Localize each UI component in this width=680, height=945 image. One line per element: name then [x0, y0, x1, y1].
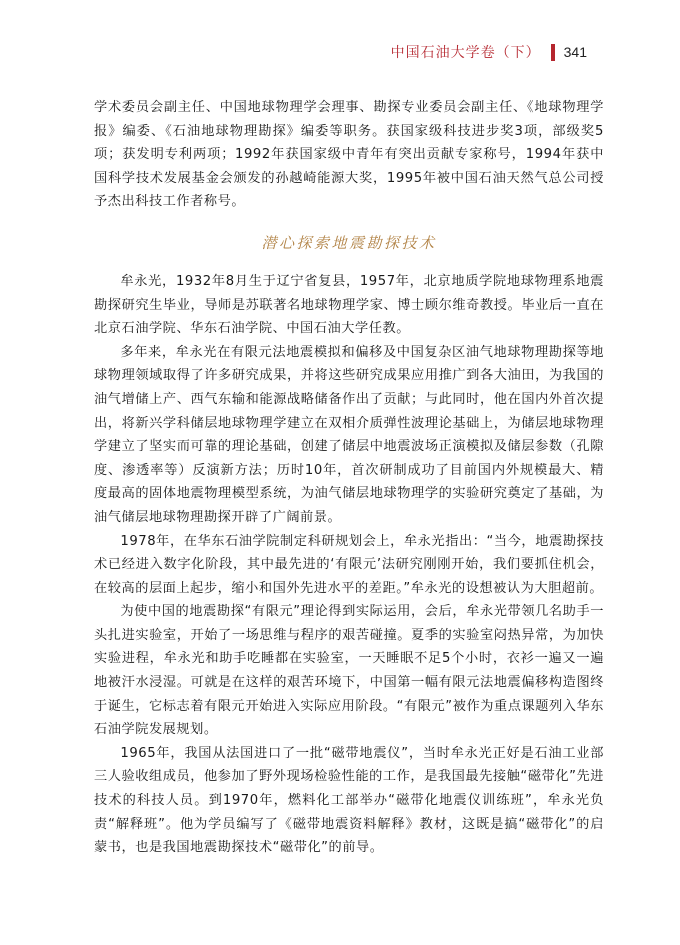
book-title: 中国石油大学卷（下） [391, 42, 541, 62]
section-title: 潜心探索地震勘探技术 [94, 231, 604, 255]
paragraph: 1965年，我国从法国进口了一批“磁带地震仪”，当时牟永光正好是石油工业部三人验… [94, 742, 604, 860]
running-header: 中国石油大学卷（下） 341 [391, 41, 587, 63]
page-number: 341 [564, 44, 587, 60]
header-divider [551, 44, 555, 61]
paragraph: 为使中国的地震勘探“有限元”理论得到实际运用，会后，牟永光带领几名助手一头扎进实… [94, 600, 604, 742]
paragraph: 1978年，在华东石油学院制定科研规划会上，牟永光指出：“当今，地震勘探技术已经… [94, 530, 604, 601]
paragraph-continued: 学术委员会副主任、中国地球物理学会理事、勘探专业委员会副主任、《地球物理学报》编… [94, 96, 604, 214]
paragraph: 多年来，牟永光在有限元法地震模拟和偏移及中国复杂区油气地球物理勘探等地球物理领域… [94, 341, 604, 530]
page-body: 学术委员会副主任、中国地球物理学会理事、勘探专业委员会副主任、《地球物理学报》编… [94, 96, 604, 860]
paragraph: 牟永光，1932年8月生于辽宁省复县，1957年，北京地质学院地球物理系地震勘探… [94, 270, 604, 341]
